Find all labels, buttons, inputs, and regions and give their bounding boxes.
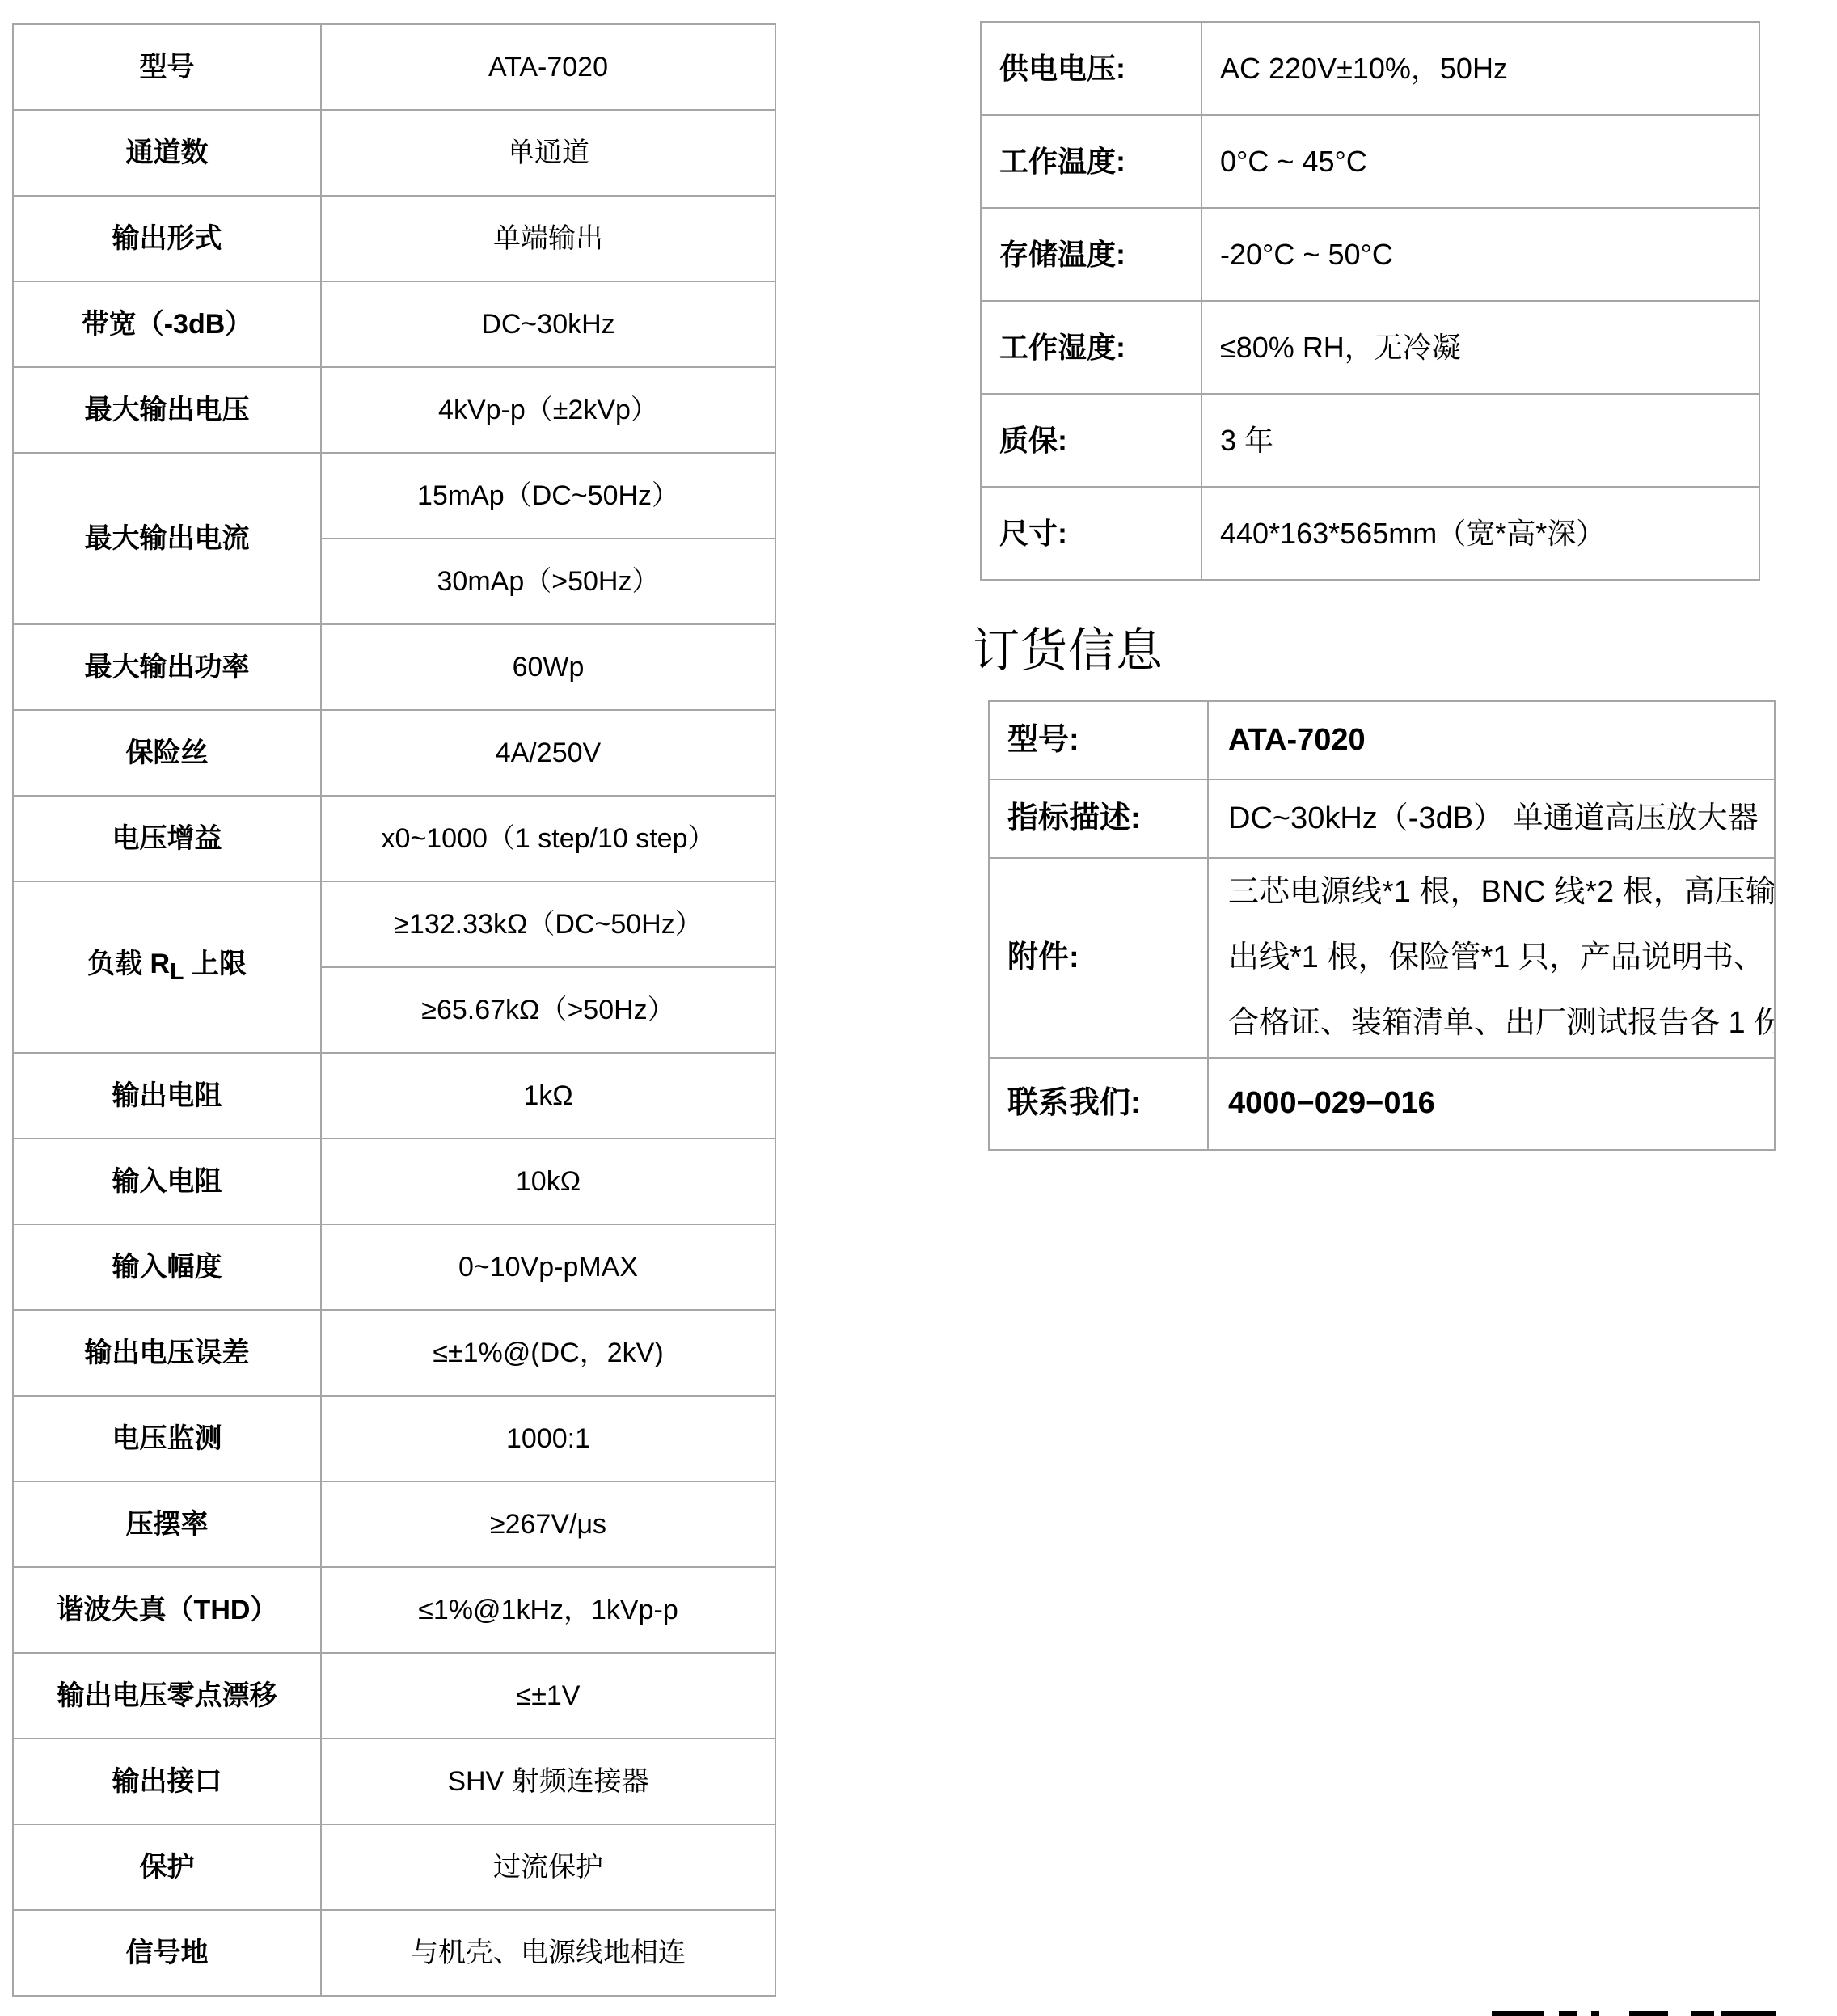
ordering-contact-value: 4000−029−016 (1208, 1058, 1775, 1150)
ordering-label: 指标描述: (989, 780, 1208, 858)
cutoff-text-fragment (1591, 2011, 1599, 2016)
spec-value: 过流保护 (321, 1824, 775, 1910)
spec-row: 谐波失真（THD） ≤1%@1kHz，1kVp-p (13, 1567, 775, 1653)
spec-value: 单通道 (321, 110, 775, 196)
spec-label: 输出电压零点漂移 (13, 1653, 321, 1739)
spec-value: 4kVp-p（±2kVp） (321, 367, 775, 453)
env-value: AC 220V±10%，50Hz (1201, 22, 1759, 115)
env-row: 供电电压: AC 220V±10%，50Hz (981, 22, 1759, 115)
spec-label: 电压监测 (13, 1396, 321, 1481)
env-label: 尺寸: (981, 487, 1201, 580)
spec-label: 输出电阻 (13, 1053, 321, 1139)
env-row: 尺寸: 440*163*565mm（宽*高*深） (981, 487, 1759, 580)
spec-value: SHV 射频连接器 (321, 1739, 775, 1824)
env-table: 供电电压: AC 220V±10%，50Hz 工作温度: 0°C ~ 45°C … (980, 21, 1760, 581)
spec-label: 最大输出电流 (13, 453, 321, 624)
spec-value: ≥65.67kΩ（>50Hz） (321, 967, 775, 1053)
spec-row: 输出电压误差 ≤±1%@(DC，2kV) (13, 1310, 775, 1396)
ordering-row: 型号: ATA-7020 (989, 701, 1775, 780)
accessories-line: 出线*1 根，保险管*1 只，产品说明书、 (1228, 925, 1773, 991)
spec-value: ≥267V/μs (321, 1481, 775, 1567)
cutoff-text-fragment (1691, 2011, 1714, 2016)
spec-label: 保险丝 (13, 710, 321, 796)
spec-label: 通道数 (13, 110, 321, 196)
env-label: 存储温度: (981, 208, 1201, 301)
ordering-row: 联系我们: 4000−029−016 (989, 1058, 1775, 1150)
env-row: 工作湿度: ≤80% RH，无冷凝 (981, 301, 1759, 394)
spec-value: 单端输出 (321, 196, 775, 281)
spec-value: 1000:1 (321, 1396, 775, 1481)
ordering-label: 型号: (989, 701, 1208, 780)
spec-label: 型号 (13, 24, 321, 110)
spec-row: 输出形式 单端输出 (13, 196, 775, 281)
spec-row: 输出电阻 1kΩ (13, 1053, 775, 1139)
env-value: 3 年 (1201, 394, 1759, 487)
spec-row: 电压增益 x0~1000（1 step/10 step） (13, 796, 775, 881)
spec-row: 最大输出功率 60Wp (13, 624, 775, 710)
cutoff-text-fragment (1629, 2011, 1668, 2016)
spec-row: 保护 过流保护 (13, 1824, 775, 1910)
spec-label-part: 负载 R (87, 949, 170, 979)
spec-value: 30mAp（>50Hz） (321, 539, 775, 624)
ordering-row: 附件: 三芯电源线*1 根，BNC 线*2 根，高压输 出线*1 根，保险管*1… (989, 858, 1775, 1058)
ordering-table: 型号: ATA-7020 指标描述: DC~30kHz（-3dB） 单通道高压放… (988, 700, 1776, 1151)
spec-value: 15mAp（DC~50Hz） (321, 453, 775, 539)
ordering-label: 联系我们: (989, 1058, 1208, 1150)
spec-label-load-rl: 负载 RL 上限 (13, 881, 321, 1053)
spec-label: 输出接口 (13, 1739, 321, 1824)
spec-label: 输出电压误差 (13, 1310, 321, 1396)
spec-value: 10kΩ (321, 1139, 775, 1224)
accessories-line: 三芯电源线*1 根，BNC 线*2 根，高压输 (1228, 860, 1773, 925)
spec-row: 输入幅度 0~10Vp-pMAX (13, 1224, 775, 1310)
spec-row: 信号地 与机壳、电源线地相连 (13, 1910, 775, 1996)
spec-value: 4A/250V (321, 710, 775, 796)
spec-value: ≤1%@1kHz，1kVp-p (321, 1567, 775, 1653)
ordering-description-value: DC~30kHz（-3dB） 单通道高压放大器 (1208, 780, 1775, 858)
spec-value: 0~10Vp-pMAX (321, 1224, 775, 1310)
cutoff-text-fragment (1559, 2011, 1577, 2016)
ordering-accessories-value: 三芯电源线*1 根，BNC 线*2 根，高压输 出线*1 根，保险管*1 只，产… (1208, 858, 1775, 1058)
ordering-heading: 订货信息 (973, 612, 1163, 680)
spec-value: 1kΩ (321, 1053, 775, 1139)
spec-value: ≤±1V (321, 1653, 775, 1739)
spec-row: 输出电压零点漂移 ≤±1V (13, 1653, 775, 1739)
spec-row: 最大输出电压 4kVp-p（±2kVp） (13, 367, 775, 453)
spec-row: 带宽（-3dB） DC~30kHz (13, 281, 775, 367)
ordering-model-value: ATA-7020 (1208, 701, 1775, 780)
env-row: 存储温度: -20°C ~ 50°C (981, 208, 1759, 301)
env-label: 质保: (981, 394, 1201, 487)
spec-label: 输入电阻 (13, 1139, 321, 1224)
spec-label: 输入幅度 (13, 1224, 321, 1310)
ordering-row: 指标描述: DC~30kHz（-3dB） 单通道高压放大器 (989, 780, 1775, 858)
spec-label: 保护 (13, 1824, 321, 1910)
spec-value: ≥132.33kΩ（DC~50Hz） (321, 881, 775, 967)
spec-value: 与机壳、电源线地相连 (321, 1910, 775, 1996)
env-row: 工作温度: 0°C ~ 45°C (981, 115, 1759, 208)
env-value: 0°C ~ 45°C (1201, 115, 1759, 208)
cutoff-text-fragment (1721, 2011, 1776, 2016)
spec-value: DC~30kHz (321, 281, 775, 367)
spec-label-part: 上限 (184, 949, 246, 979)
env-value: 440*163*565mm（宽*高*深） (1201, 487, 1759, 580)
spec-label: 信号地 (13, 1910, 321, 1996)
spec-row: 输出接口 SHV 射频连接器 (13, 1739, 775, 1824)
spec-row: 电压监测 1000:1 (13, 1396, 775, 1481)
cutoff-text-fragment (1492, 2011, 1544, 2016)
spec-label: 带宽（-3dB） (13, 281, 321, 367)
spec-row: 通道数 单通道 (13, 110, 775, 196)
env-value: -20°C ~ 50°C (1201, 208, 1759, 301)
env-label: 工作湿度: (981, 301, 1201, 394)
spec-label: 最大输出功率 (13, 624, 321, 710)
env-value: ≤80% RH，无冷凝 (1201, 301, 1759, 394)
spec-label: 电压增益 (13, 796, 321, 881)
env-label: 供电电压: (981, 22, 1201, 115)
spec-value: x0~1000（1 step/10 step） (321, 796, 775, 881)
env-row: 质保: 3 年 (981, 394, 1759, 487)
spec-row: 压摆率 ≥267V/μs (13, 1481, 775, 1567)
spec-value: ATA-7020 (321, 24, 775, 110)
spec-row: 负载 RL 上限 ≥132.33kΩ（DC~50Hz） (13, 881, 775, 967)
spec-row: 输入电阻 10kΩ (13, 1139, 775, 1224)
spec-value: 60Wp (321, 624, 775, 710)
spec-row: 最大输出电流 15mAp（DC~50Hz） (13, 453, 775, 539)
spec-row: 型号 ATA-7020 (13, 24, 775, 110)
spec-value: ≤±1%@(DC，2kV) (321, 1310, 775, 1396)
ordering-label: 附件: (989, 858, 1208, 1058)
spec-label: 压摆率 (13, 1481, 321, 1567)
spec-row: 保险丝 4A/250V (13, 710, 775, 796)
accessories-line: 合格证、装箱清单、出厂测试报告各 1 份。 (1228, 991, 1773, 1056)
spec-label: 最大输出电压 (13, 367, 321, 453)
env-label: 工作温度: (981, 115, 1201, 208)
spec-label: 谐波失真（THD） (13, 1567, 321, 1653)
spec-label: 输出形式 (13, 196, 321, 281)
spec-table: 型号 ATA-7020 通道数 单通道 输出形式 单端输出 带宽（-3dB） D… (12, 23, 776, 1997)
spec-label-subscript: L (170, 959, 184, 985)
